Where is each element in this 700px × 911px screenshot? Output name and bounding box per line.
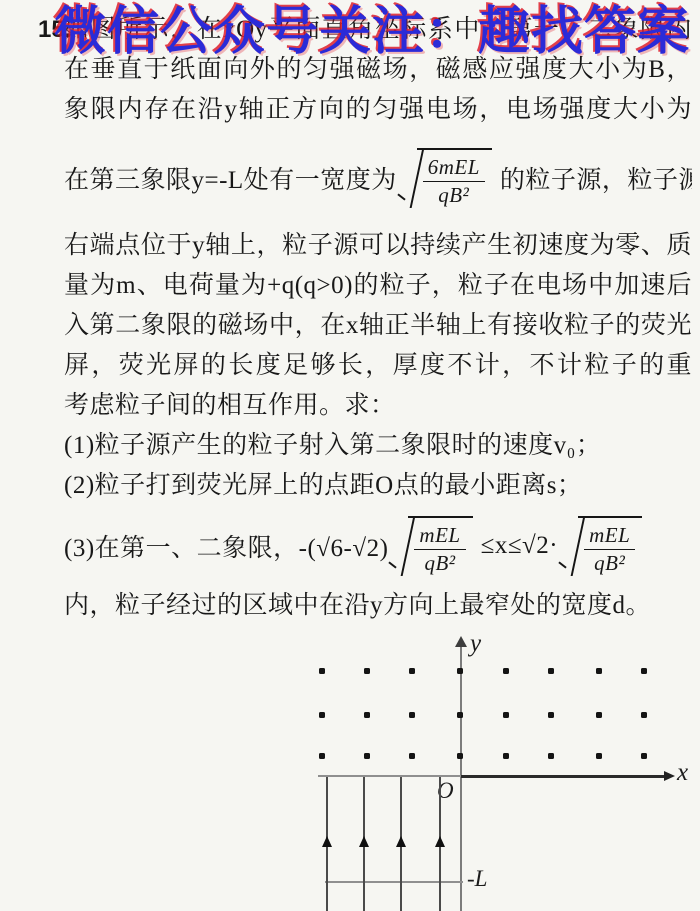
field-out-dot-icon bbox=[596, 753, 602, 759]
y-axis-label: y bbox=[470, 631, 481, 656]
field-out-dot-icon bbox=[409, 668, 415, 674]
y-axis-arrow-icon bbox=[455, 636, 467, 647]
field-out-dot-icon bbox=[457, 712, 463, 718]
question-1: (1)粒子源产生的粒子射入第二象限时的速度v₀； bbox=[64, 426, 692, 466]
question-3-mid: ≤x≤√2· bbox=[481, 532, 559, 560]
x-axis-arrow-icon bbox=[664, 771, 675, 781]
field-out-dot-icon bbox=[641, 712, 647, 718]
field-out-dot-icon bbox=[641, 753, 647, 759]
fraction-numerator: 6mEL bbox=[423, 155, 485, 182]
fraction: mEL qB² bbox=[414, 523, 465, 576]
field-out-dot-icon bbox=[503, 753, 509, 759]
problem-line-7: 入第二象限的磁场中，在x轴正半轴上有接收粒子的荧光 bbox=[64, 306, 692, 346]
neg-l-boundary-line bbox=[325, 881, 463, 883]
field-out-dot-icon bbox=[596, 712, 602, 718]
up-arrow-icon bbox=[396, 836, 406, 847]
field-out-dot-icon bbox=[457, 753, 463, 759]
problem-line-3: 象限内存在沿y轴正方向的匀强电场，电场强度大小为E， bbox=[64, 90, 692, 130]
field-out-dot-icon bbox=[319, 668, 325, 674]
problem-line-9: 考虑粒子间的相互作用。求： bbox=[64, 386, 692, 426]
fraction-denominator: qB² bbox=[424, 550, 455, 576]
field-out-dot-icon bbox=[548, 668, 554, 674]
watermark-text: 微信公众号关注：趣找答案 bbox=[54, 2, 690, 62]
fraction-denominator: qB² bbox=[594, 550, 625, 576]
field-out-dot-icon bbox=[364, 712, 370, 718]
field-out-dot-icon bbox=[596, 668, 602, 674]
diagram: y x O -L bbox=[0, 626, 700, 911]
problem-line-8: 屏，荧光屏的长度足够长，厚度不计，不计粒子的重力，不 bbox=[64, 346, 692, 386]
question-3: (3)在第一、二象限，-(√6-√2) mEL qB² ≤x≤√2· mEL q… bbox=[64, 506, 692, 586]
field-out-dot-icon bbox=[364, 668, 370, 674]
problem-line-4: 在第三象限y=-L处有一宽度为 6mEL qB² 的粒子源，粒子源 bbox=[64, 130, 692, 226]
field-out-dot-icon bbox=[457, 668, 463, 674]
y-axis-line bbox=[460, 646, 462, 911]
line-4-post: 的粒子源，粒子源 bbox=[500, 160, 692, 196]
question-3-pre: (3)在第一、二象限，-(√6-√2) bbox=[64, 528, 388, 564]
field-out-dot-icon bbox=[503, 712, 509, 718]
field-out-dot-icon bbox=[548, 753, 554, 759]
exam-page: 15. 微信公众号关注：趣找答案 如图所示，在xOy平面直角坐标系中，第一、二象… bbox=[0, 0, 700, 911]
x-axis-label: x bbox=[677, 760, 688, 785]
line-4-pre: 在第三象限y=-L处有一宽度为 bbox=[64, 160, 397, 196]
up-arrow-icon bbox=[435, 836, 445, 847]
field-out-dot-icon bbox=[409, 712, 415, 718]
fraction-numerator: mEL bbox=[414, 523, 465, 550]
up-arrow-icon bbox=[322, 836, 332, 847]
radical-expression: mEL qB² bbox=[578, 516, 642, 576]
fraction-numerator: mEL bbox=[584, 523, 635, 550]
radical-expression: 6mEL qB² bbox=[417, 148, 492, 208]
problem-text: 如图所示，在xOy平面直角坐标系中，第一、二象限内存 在垂直于纸面向外的匀强磁场… bbox=[0, 0, 700, 626]
problem-line-6: 量为m、电荷量为+q(q>0)的粒子，粒子在电场中加速后射 bbox=[64, 266, 692, 306]
x-axis-line bbox=[461, 775, 667, 778]
field-out-dot-icon bbox=[641, 668, 647, 674]
question-2: (2)粒子打到荧光屏上的点距O点的最小距离s； bbox=[64, 466, 692, 506]
field-out-dot-icon bbox=[409, 753, 415, 759]
question-3-continued: 内，粒子经过的区域中在沿y方向上最窄处的宽度d。 bbox=[64, 586, 692, 626]
field-out-dot-icon bbox=[364, 753, 370, 759]
neg-l-label: -L bbox=[467, 866, 487, 891]
field-out-dot-icon bbox=[548, 712, 554, 718]
field-out-dot-icon bbox=[503, 668, 509, 674]
field-out-dot-icon bbox=[319, 753, 325, 759]
fraction-denominator: qB² bbox=[438, 182, 469, 208]
up-arrow-icon bbox=[359, 836, 369, 847]
fraction: mEL qB² bbox=[584, 523, 635, 576]
problem-line-5: 右端点位于y轴上，粒子源可以持续产生初速度为零、质 bbox=[64, 226, 692, 266]
field-out-dot-icon bbox=[319, 712, 325, 718]
fraction: 6mEL qB² bbox=[423, 155, 485, 208]
radical-expression: mEL qB² bbox=[408, 516, 472, 576]
